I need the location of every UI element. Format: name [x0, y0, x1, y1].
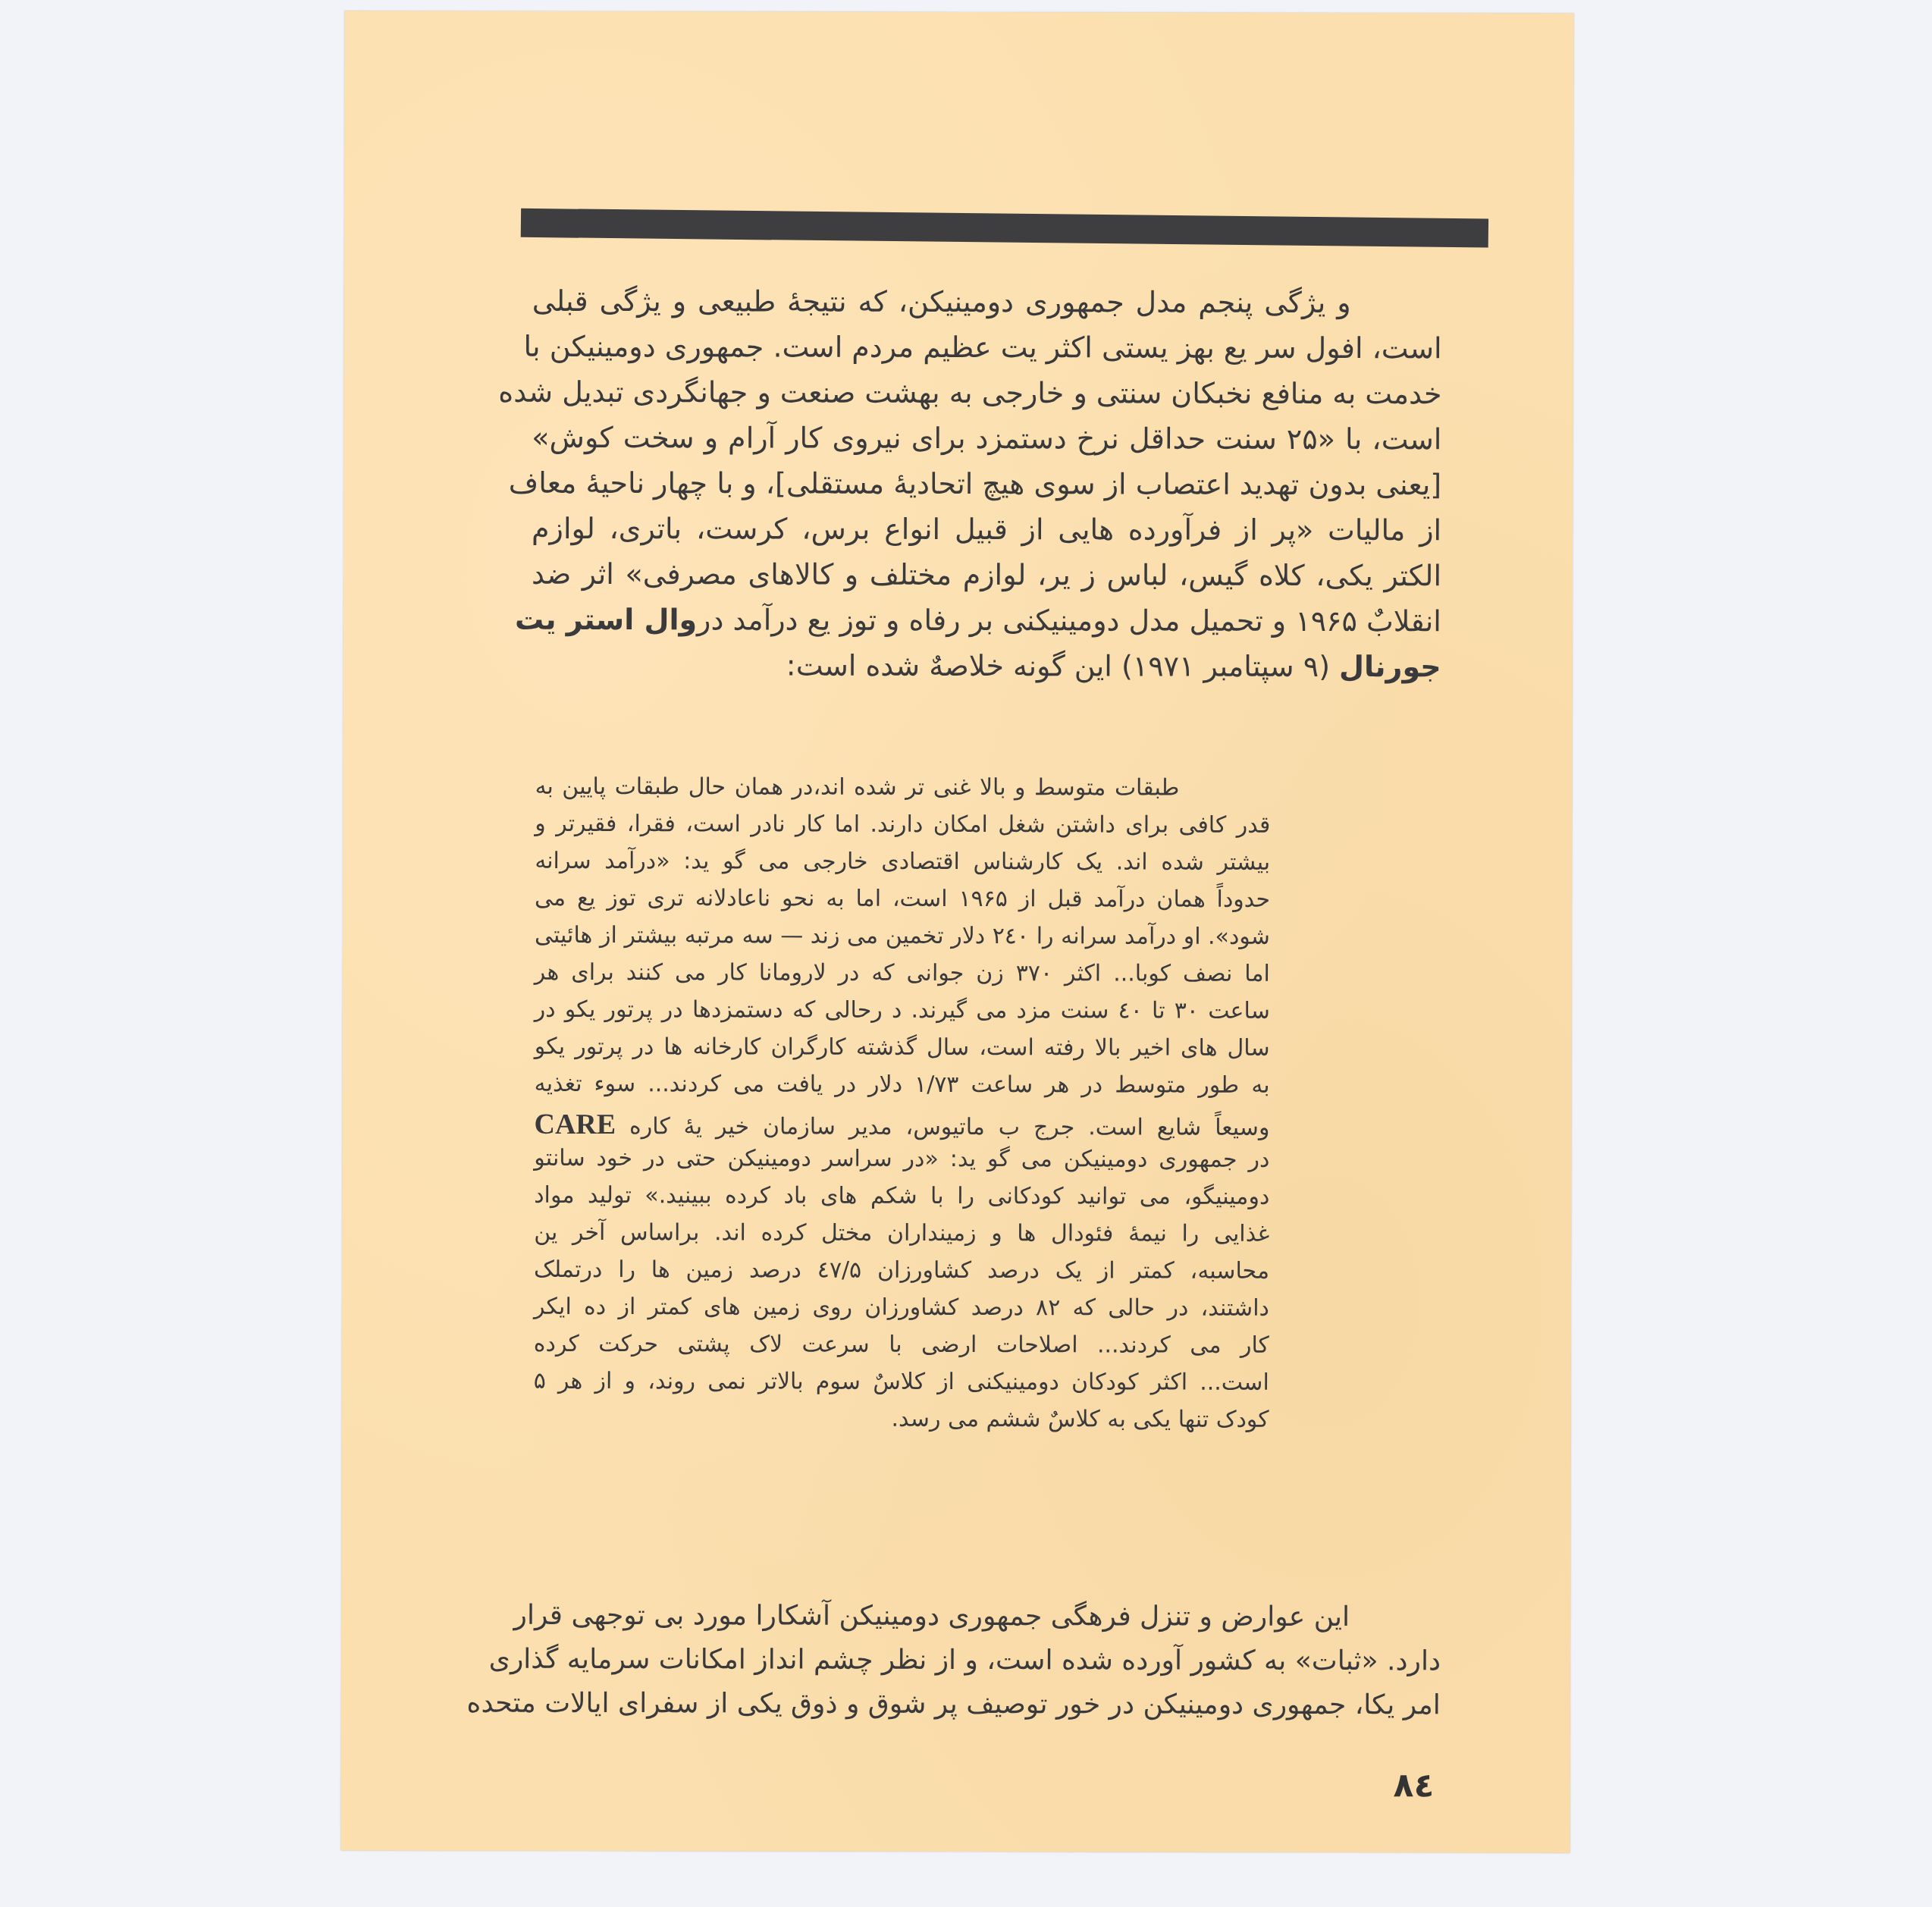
text-line: از مالیات «پر از فرآورده هایی از قبیل ان… — [532, 512, 1441, 547]
quote-line-with-care: وسیعاً شایع است. جرج ب ماتیوس، مدیر سازم… — [534, 1108, 1269, 1143]
text-line: است، با «۲۵ سنت حداقل نرخ دستمزد برای نی… — [532, 421, 1441, 456]
paragraph-2: این عوارض و تنزل فرهگی جمهوری دومینیکن آ… — [529, 1600, 1441, 1602]
text-line: امر یکا، جمهوری دومینیکن در خور توصیف پر… — [529, 1688, 1441, 1721]
book-page: و یژگی پنجم مدل جمهوری دومینیکن، که نتیج… — [340, 11, 1573, 1852]
quote-line: محاسبه، کمتر از یک درصد کشاورزان ٤۷/۵ در… — [534, 1256, 1269, 1284]
text-line-with-bold: انقلابٌ ۱۹۶۵ و تحمیل مدل دومینیکنی بر رف… — [532, 603, 1441, 638]
paragraph-1: و یژگی پنجم مدل جمهوری دومینیکن، که نتیج… — [532, 284, 1442, 287]
text-line: است، افول سر یع بهز یستی اکثر یت عظیم مر… — [532, 330, 1442, 365]
quote-line: داشتند، در حالی که ۸۲ درصد کشاورزان روی … — [534, 1294, 1269, 1322]
text-segment: انقلابٌ ۱۹۶۵ و تحمیل مدل دومینیکنی بر رف… — [697, 603, 1441, 638]
quote-line: در جمهوری دومینیکن می گو ید: «در سراسر د… — [534, 1145, 1269, 1173]
text-line: این عوارض و تنزل فرهگی جمهوری دومینیکن آ… — [529, 1600, 1441, 1633]
newspaper-name-bold: جورنال — [1339, 650, 1441, 683]
quote-line: طبقات متوسط و بالا غنی تر شده اند،در هما… — [535, 773, 1270, 801]
quote-line: ساعت ۳۰ تا ٤۰ سنت مزد می گیرند. د رحالی … — [535, 996, 1270, 1024]
text-segment: (۹ سپتامبر ۱۹۷۱) این گونه خلاصهٌ شده است… — [786, 649, 1330, 684]
quote-line: شود». او درآمد سرانه را ۲٤۰ دلار تخمین م… — [535, 922, 1270, 950]
text-line: جورنال (۹ سپتامبر ۱۹۷۱) این گونه خلاصهٌ … — [532, 648, 1441, 684]
text-line: خدمت به منافع نخبکان سنتی و خارجی به بهش… — [532, 375, 1441, 411]
quote-line: سال های اخیر بالا رفته است، سال گذشته کا… — [535, 1033, 1270, 1062]
quote-line: قدر کافی برای داشتن شغل امکان دارند. اما… — [535, 811, 1270, 839]
quote-line: دومینیگو، می توانید کودکانی را با شکم ها… — [534, 1182, 1269, 1210]
quote-line: حدوداً همان درآمد قبل از ۱۹۶۵ است، اما ب… — [535, 885, 1270, 913]
quoted-passage: طبقات متوسط و بالا غنی تر شده اند،در هما… — [535, 773, 1270, 775]
quote-line: کودک تنها یکی به کلاسٌ ششم می رسد. — [534, 1405, 1269, 1433]
quote-line: غذایی را نیمهٔ فئودال ها و زمینداران مخت… — [534, 1219, 1269, 1247]
text-line: دارد. «ثبات» به کشور آورده شده است، و از… — [529, 1644, 1441, 1677]
text-segment: وسیعاً شایع است. جرج ب ماتیوس، مدیر سازم… — [629, 1113, 1269, 1141]
text-line: و یژگی پنجم مدل جمهوری دومینیکن، که نتیج… — [532, 284, 1442, 320]
newspaper-name-bold: وال استر یت — [515, 603, 697, 637]
quote-line: است... اکثر کودکان دومینیکنی از کلاسٌ سو… — [534, 1368, 1269, 1396]
text-line: [یعنی بدون تهدید اعتصاب از سوی هیچ اتحاد… — [532, 466, 1441, 502]
header-rule — [521, 209, 1488, 248]
quote-line: بیشتر شده اند. یک کارشناس اقتصادی خارجی … — [535, 848, 1270, 876]
page-number: ۸٤ — [1394, 1766, 1435, 1805]
quote-line: اما نصف کوبا... اکثر ۳۷۰ زن جوانی که در … — [535, 959, 1270, 987]
care-acronym: CARE — [534, 1109, 616, 1140]
quote-line: به طور متوسط در هر ساعت ۱/۷۳ دلار در یاف… — [535, 1071, 1270, 1099]
quote-line: کار می کردند... اصلاحات ارضی با سرعت لاک… — [534, 1331, 1269, 1359]
text-line: الکتر یکی، کلاه گیس، لباس ز یر، لوازم مخ… — [532, 557, 1441, 593]
